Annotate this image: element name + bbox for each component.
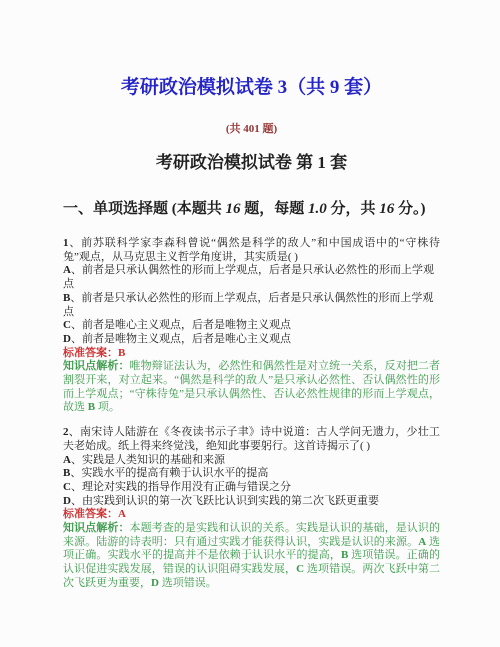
option-d: D、前者是唯物主义观点，后者是唯心主义观点 (63, 333, 440, 347)
document-subtitle: (共 401 题) (63, 122, 440, 136)
option-c: C、理论对实践的指导作用没有正确与错误之分 (63, 481, 440, 495)
question-stem-text: 前苏联科学家李森科曾说“偶然是科学的敌人”和中国成语中的“守株待兔”观点，从马克… (63, 237, 440, 263)
option-d: D、由实践到认识的第一次飞跃比认识到实践的第二次飞跃更重要 (63, 495, 440, 509)
option-a: A、实践是人类知识的基础和来源 (63, 454, 440, 468)
answer-value: A (118, 508, 126, 520)
answer-label: 标准答案： (63, 347, 118, 359)
analysis-label: 知识点解析： (63, 360, 130, 372)
answer-value: B (118, 347, 125, 359)
exam-document-page: 考研政治模拟试卷 3（共 9 套） (共 401 题) 考研政治模拟试卷 第 1… (0, 0, 500, 647)
option-c: C、前者是唯心主义观点，后者是唯物主义观点 (63, 319, 440, 333)
question-stem-text: 南宋诗人陆游在《冬夜读书示子聿》诗中说道：古人学问无遗力，少壮工夫老始成。纸上得… (63, 426, 440, 452)
question-stem: 2、南宋诗人陆游在《冬夜读书示子聿》诗中说道：古人学问无遗力，少壮工夫老始成。纸… (63, 426, 440, 453)
analysis-line: 知识点解析：唯物辩证法认为，必然性和偶然性是对立统一关系，反对把二者割裂开来，对… (63, 360, 440, 415)
answer-label: 标准答案： (63, 508, 118, 520)
option-b: B、前者是只承认必然性的形而上学观点，后者是只承认偶然性的形而上学观点 (63, 292, 440, 319)
set-title: 考研政治模拟试卷 第 1 套 (63, 152, 440, 173)
document-title: 考研政治模拟试卷 3（共 9 套） (53, 76, 450, 100)
analysis-label: 知识点解析： (63, 522, 130, 534)
option-a: A、前者是只承认偶然性的形而上学观点，后者是只承认必然性的形而上学观点 (63, 264, 440, 291)
question-block-1: 1、前苏联科学家李森科曾说“偶然是科学的敌人”和中国成语中的“守株待兔”观点，从… (63, 237, 440, 415)
question-stem: 1、前苏联科学家李森科曾说“偶然是科学的敌人”和中国成语中的“守株待兔”观点，从… (63, 237, 440, 264)
question-block-2: 2、南宋诗人陆游在《冬夜读书示子聿》诗中说道：古人学问无遗力，少壮工夫老始成。纸… (63, 426, 440, 590)
answer-line: 标准答案：A (63, 508, 440, 522)
option-b: B、实践水平的提高有赖于认识水平的提高 (63, 467, 440, 481)
question-number: 2、 (63, 426, 80, 438)
question-number: 1、 (63, 237, 81, 249)
question-list: 1、前苏联科学家李森科曾说“偶然是科学的敌人”和中国成语中的“守株待兔”观点，从… (63, 237, 440, 591)
section-heading: 一、单项选择题 (本题共 16 题，每题 1.0 分，共 16 分。) (63, 199, 440, 220)
analysis-line: 知识点解析：本题考查的是实践和认识的关系。实践是认识的基础，是认识的来源。陆游的… (63, 522, 440, 591)
answer-line: 标准答案：B (63, 347, 440, 361)
